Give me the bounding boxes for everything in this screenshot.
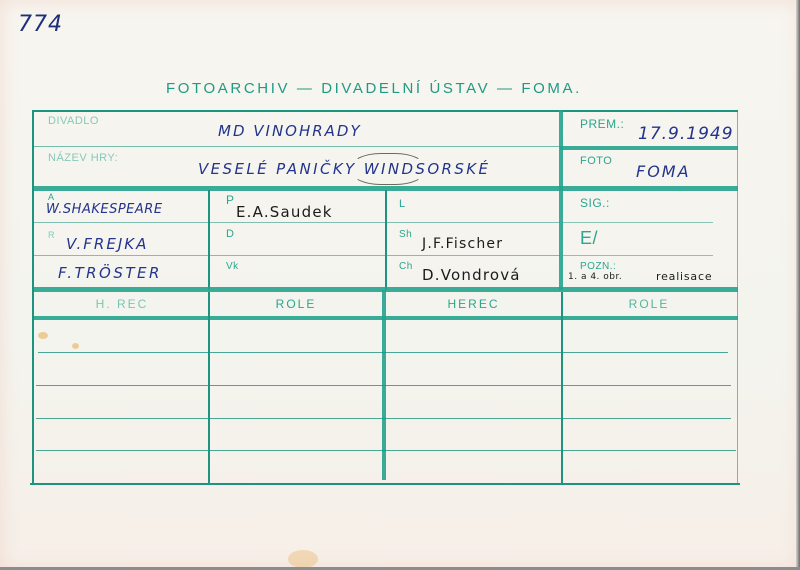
- divider: [208, 190, 210, 290]
- divider: [563, 222, 713, 223]
- divider: [34, 316, 738, 320]
- archive-card: 774 FOTOARCHIV — DIVADELNÍ ÚSTAV — FOMA.…: [0, 0, 800, 570]
- divider: [208, 292, 210, 483]
- label-rezie: R: [48, 230, 55, 240]
- label-autor: A: [48, 192, 55, 202]
- value-vytvarnik: F.TRÖSTER: [58, 264, 162, 282]
- value-nazev-hry: VESELÉ PANIČKY WINDSORSKÉ: [198, 160, 490, 178]
- value-rezie: V.FREJKA: [66, 235, 148, 253]
- divider: [34, 146, 560, 147]
- value-divadlo: MD VINOHRADY: [218, 122, 362, 140]
- value-poznamka-2: realisace: [656, 270, 712, 283]
- column-header: ROLE: [210, 297, 382, 311]
- divider: [563, 255, 713, 256]
- column-header: ROLE: [563, 297, 735, 311]
- column-header: H. REC: [36, 297, 208, 311]
- value-kostymy: D.Vondrová: [422, 266, 521, 284]
- label-premiera: PREM.:: [580, 117, 624, 131]
- divider: [561, 292, 563, 483]
- divider: [34, 287, 738, 292]
- value-scena: J.F.Fischer: [422, 236, 503, 252]
- card-edge: [796, 0, 800, 570]
- table-row-line: [38, 352, 728, 353]
- divider: [34, 255, 560, 256]
- divider: [385, 190, 387, 290]
- value-autor: W.SHAKESPEARE: [46, 202, 163, 217]
- label-preklad: P: [226, 193, 235, 207]
- label-signatura: SIG.:: [580, 196, 610, 210]
- label-foto: FOTO: [580, 155, 612, 167]
- label-e: E/: [580, 228, 598, 249]
- frame-bottom: [30, 483, 740, 485]
- divider: [560, 146, 738, 150]
- stain: [288, 550, 318, 568]
- label-dramaturgie: D: [226, 228, 234, 240]
- frame-left: [32, 110, 34, 485]
- value-foto: FOMA: [636, 162, 691, 181]
- label-poznamka: POZN.:: [580, 261, 616, 272]
- divider: [559, 110, 563, 290]
- label-kostymy: Ch: [399, 261, 413, 272]
- frame-right: [737, 110, 738, 485]
- column-header: HEREC: [386, 297, 561, 311]
- label-scena: Sh: [399, 229, 412, 240]
- correction-mark: [352, 153, 424, 185]
- value-poznamka-1: 1. a 4. obr.: [568, 272, 622, 282]
- divider: [34, 222, 560, 223]
- value-preklad: E.A.Saudek: [236, 203, 333, 221]
- value-premiera: 17.9.1949: [638, 124, 734, 144]
- label-nazev-hry: NÁZEV HRY:: [48, 152, 118, 164]
- label-l: L: [399, 198, 406, 210]
- label-divadlo: DIVADLO: [48, 115, 99, 127]
- table-row-line: [36, 418, 731, 419]
- label-vk: Vk: [226, 261, 239, 272]
- archive-header: FOTOARCHIV — DIVADELNÍ ÚSTAV — FOMA.: [166, 80, 582, 97]
- table-row-line: [36, 450, 736, 451]
- table-row-line: [36, 385, 731, 386]
- stain: [38, 332, 48, 339]
- frame-top: [32, 110, 738, 112]
- card-number: 774: [18, 12, 63, 37]
- stain: [72, 343, 79, 349]
